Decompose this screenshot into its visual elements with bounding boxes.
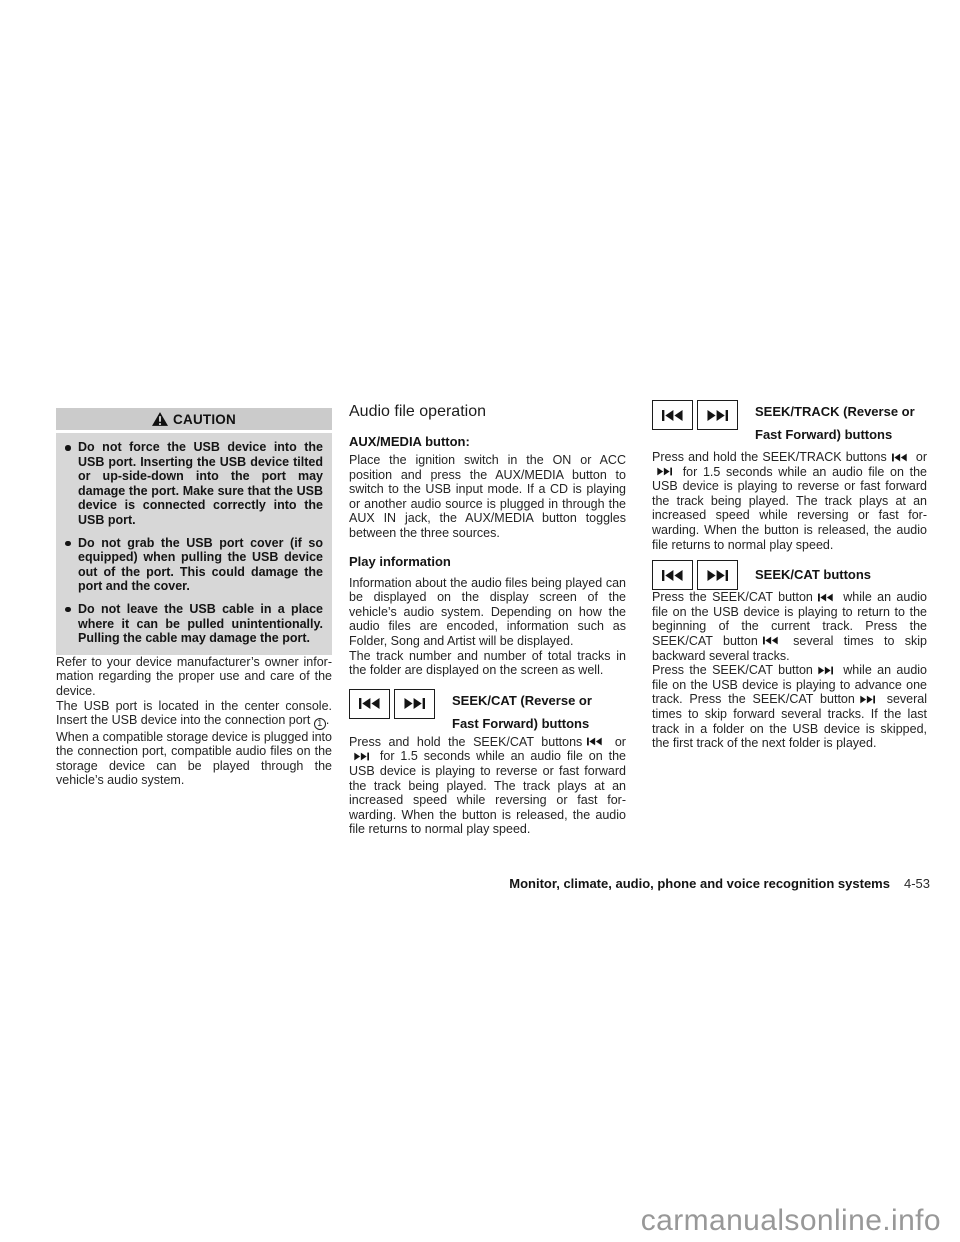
skip-forward-icon bbox=[860, 695, 875, 704]
warning-triangle-icon bbox=[152, 412, 168, 426]
paragraph-play-information: Information about the audio files being … bbox=[349, 576, 626, 649]
skip-back-button bbox=[349, 689, 390, 719]
figure-caption: SEEK/CAT buttons bbox=[755, 560, 871, 590]
skip-back-icon bbox=[359, 698, 380, 709]
subheading-aux-media-button: AUX/MEDIA button: bbox=[349, 434, 626, 449]
paragraph-seek-track-hold: Press and hold the SEEK/TRACK buttons or… bbox=[652, 450, 927, 552]
skip-back-icon bbox=[892, 453, 907, 462]
skip-back-button bbox=[652, 560, 693, 590]
skip-back-icon bbox=[587, 737, 602, 746]
paragraph-usb-port-location: The USB port is located in the center co… bbox=[56, 699, 332, 730]
paragraph-aux-media: Place the ignition switch in the ON or A… bbox=[349, 453, 626, 541]
caution-bullet-item: Do not leave the USB cable in a place wh… bbox=[64, 602, 323, 646]
figure-caption: SEEK/TRACK (Reverse or Fast Forward) but… bbox=[755, 400, 915, 446]
skip-forward-icon bbox=[354, 752, 369, 761]
manual-page: CAUTION Do not force the USB device into… bbox=[0, 0, 960, 1242]
page-number: 4-53 bbox=[904, 876, 930, 891]
callout-number-1: 1 bbox=[314, 718, 326, 730]
skip-forward-button bbox=[697, 400, 738, 430]
seek-track-buttons-figure: SEEK/TRACK (Reverse or Fast Forward) but… bbox=[652, 400, 927, 446]
skip-back-icon bbox=[662, 410, 683, 421]
caution-bullet-item: Do not force the USB device into the USB… bbox=[64, 440, 323, 528]
caution-box: CAUTION Do not force the USB device into… bbox=[56, 408, 332, 655]
page-footer: Monitor, climate, audio, phone and voice… bbox=[509, 876, 930, 891]
seek-cat-buttons-figure: SEEK/CAT buttons bbox=[652, 560, 927, 590]
paragraph-track-number: The track number and number of total tra… bbox=[349, 649, 626, 678]
caution-body: Do not force the USB device into the USB… bbox=[56, 433, 332, 655]
skip-back-icon bbox=[818, 593, 833, 602]
skip-back-icon bbox=[763, 636, 778, 645]
skip-forward-button bbox=[394, 689, 435, 719]
middle-column: Audio file operation AUX/MEDIA button: P… bbox=[349, 398, 626, 837]
skip-back-icon bbox=[662, 570, 683, 581]
skip-forward-icon bbox=[707, 410, 728, 421]
caution-header: CAUTION bbox=[56, 408, 332, 430]
skip-forward-icon bbox=[657, 467, 672, 476]
paragraph-seek-cat-hold: Press and hold the SEEK/CAT buttons or f… bbox=[349, 735, 626, 837]
paragraph-seek-cat-back: Press the SEEK/CAT button while an au­di… bbox=[652, 590, 927, 663]
skip-back-button bbox=[652, 400, 693, 430]
figure-caption: SEEK/CAT (Reverse or Fast Forward) butto… bbox=[452, 689, 592, 735]
caution-title: CAUTION bbox=[173, 412, 236, 427]
paragraph-compatible-storage: When a compatible storage device is plug… bbox=[56, 730, 332, 788]
paragraph-device-care: Refer to your device manufacturer’s owne… bbox=[56, 655, 332, 699]
skip-forward-icon bbox=[818, 666, 833, 675]
caution-bullet-item: Do not grab the USB port cover (if so eq… bbox=[64, 536, 323, 594]
skip-forward-icon bbox=[404, 698, 425, 709]
right-column: SEEK/TRACK (Reverse or Fast Forward) but… bbox=[652, 398, 927, 751]
subheading-play-information: Play information bbox=[349, 554, 626, 569]
seek-cat-buttons-figure: SEEK/CAT (Reverse or Fast Forward) butto… bbox=[349, 689, 626, 735]
section-heading-audio-file-operation: Audio file operation bbox=[349, 403, 626, 421]
skip-forward-button bbox=[697, 560, 738, 590]
paragraph-seek-cat-forward: Press the SEEK/CAT button while an au­di… bbox=[652, 663, 927, 751]
watermark: carmanualsonline.info bbox=[641, 1204, 941, 1238]
skip-forward-icon bbox=[707, 570, 728, 581]
left-column: CAUTION Do not force the USB device into… bbox=[56, 398, 332, 788]
footer-title: Monitor, climate, audio, phone and voice… bbox=[509, 876, 890, 891]
